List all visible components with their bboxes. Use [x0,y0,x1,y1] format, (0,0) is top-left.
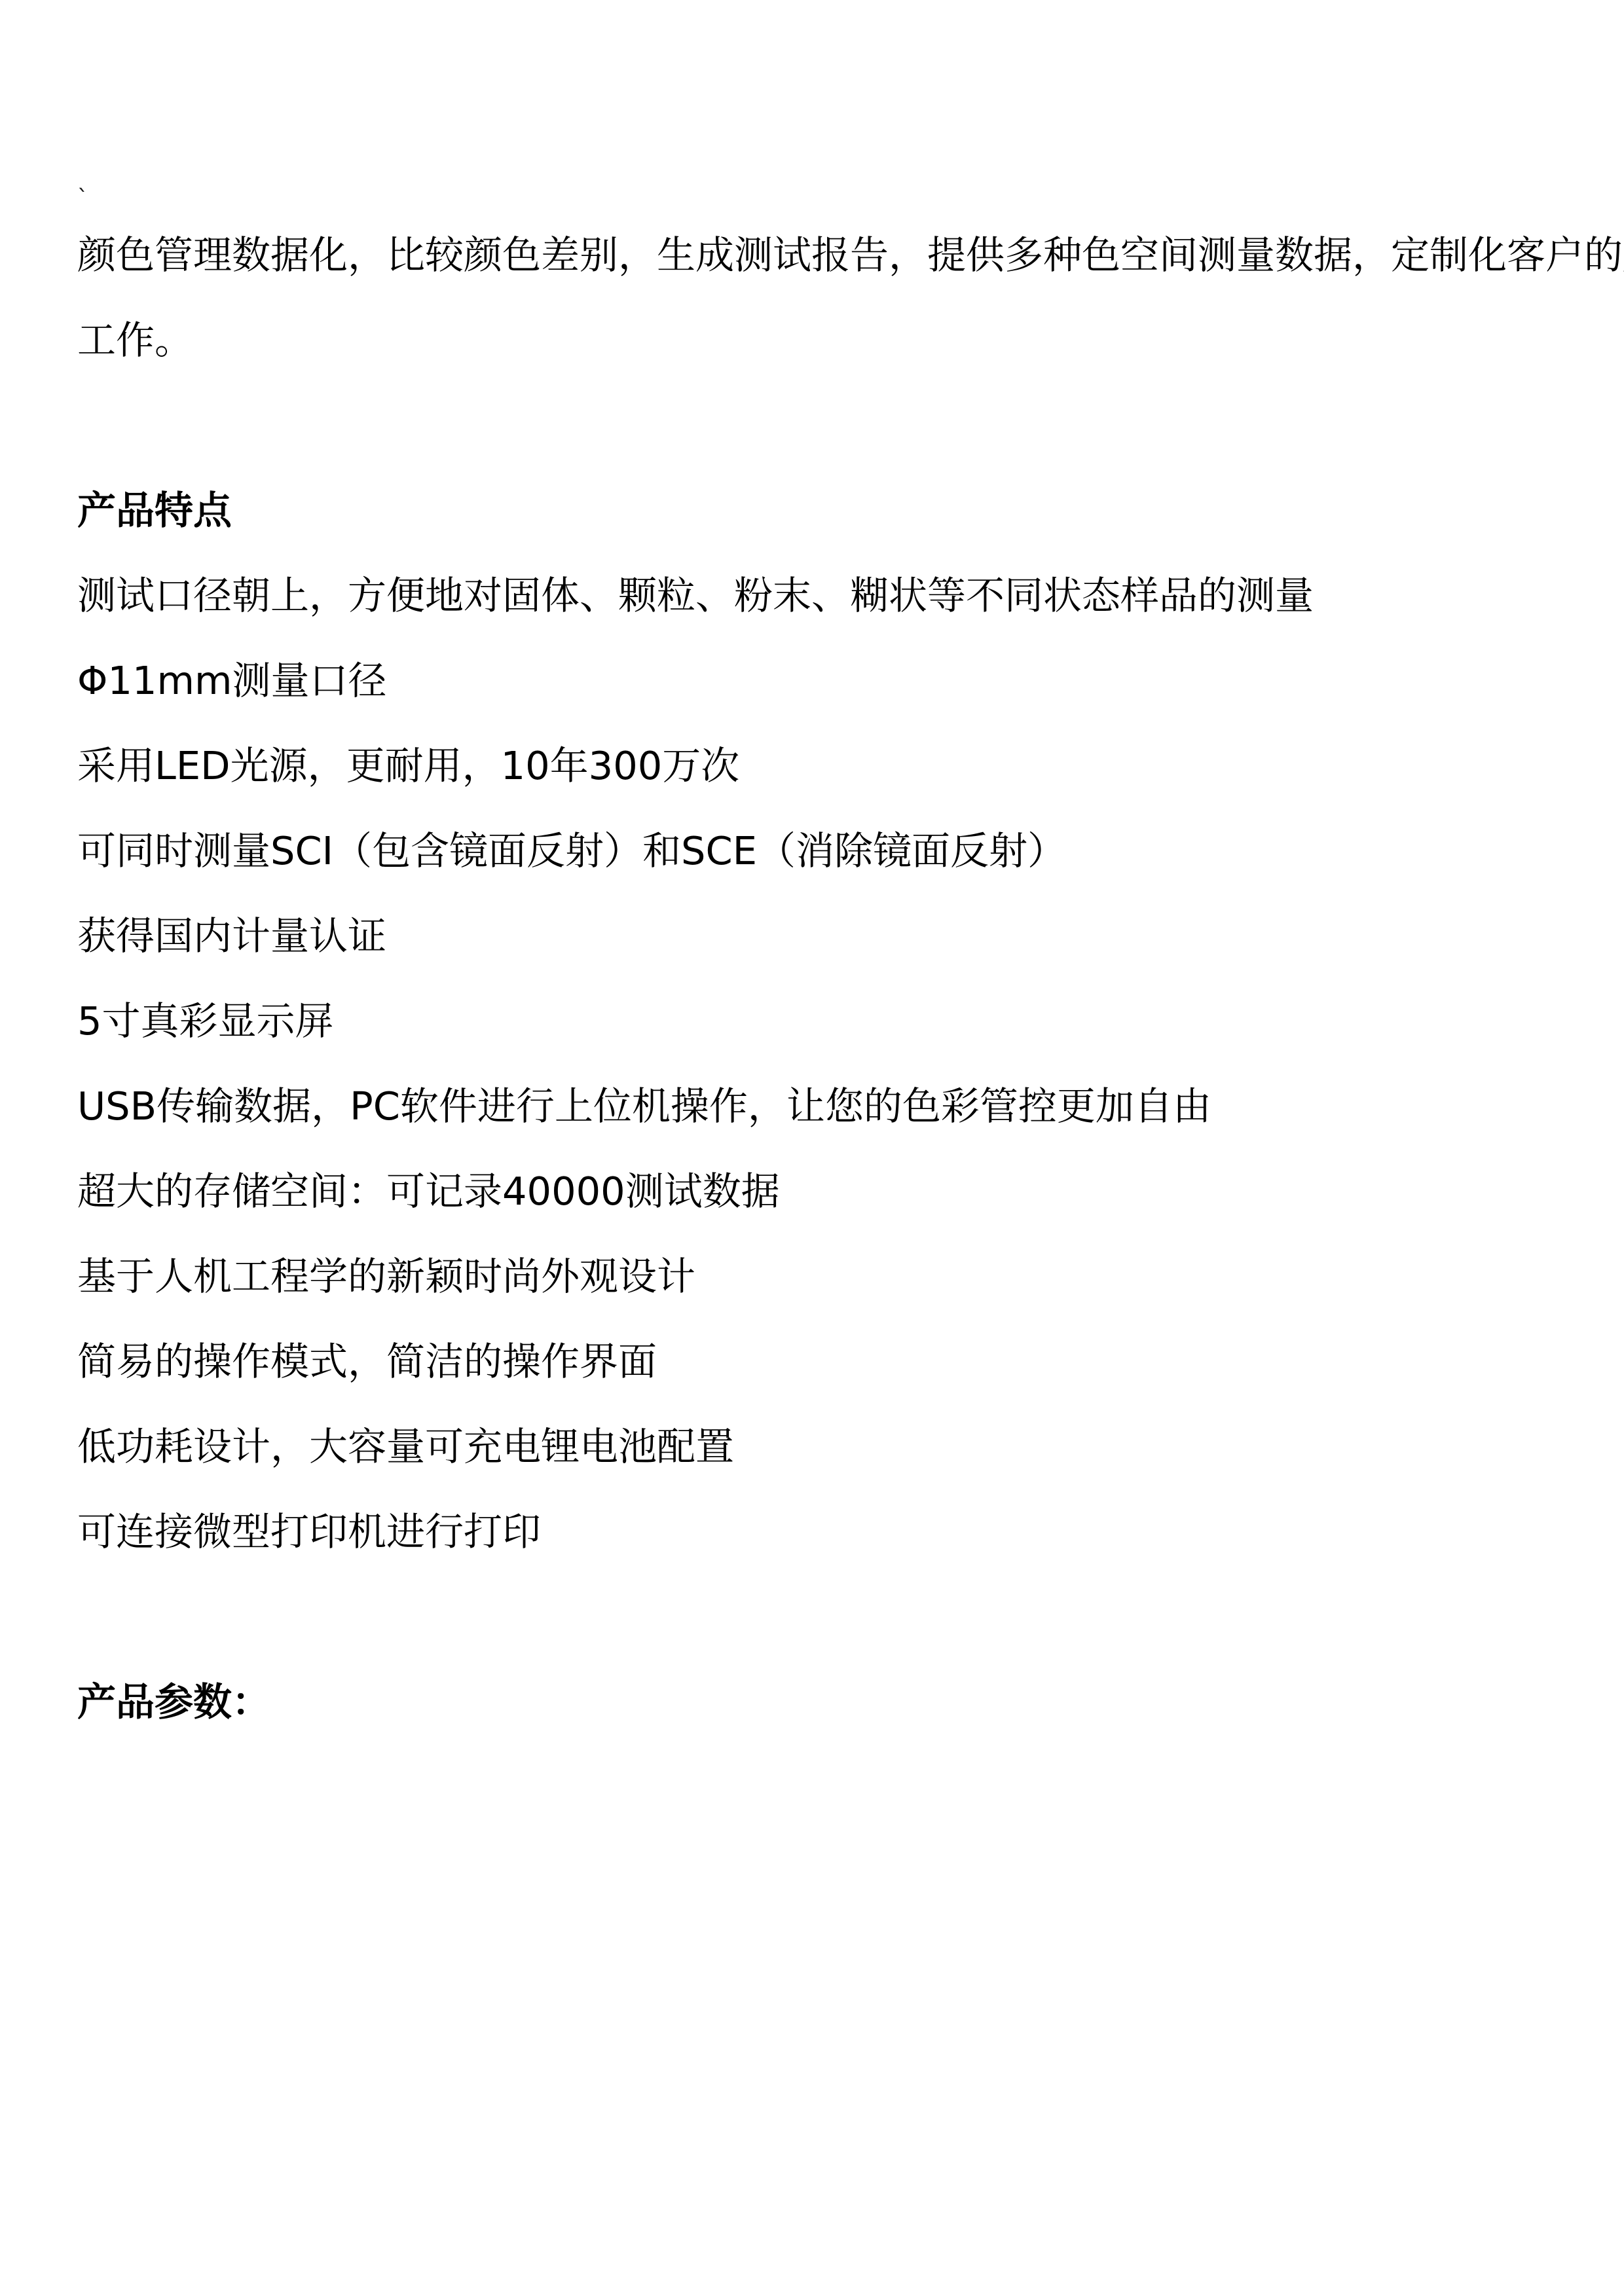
feature-item-12: 可连接微型打印机进行打印 [77,1489,1538,1575]
feature-item-2: Φ11mm测量口径 [77,638,1538,723]
feature-item-9: 基于人机工程学的新颖时尚外观设计 [77,1234,1538,1319]
parameters-heading: 产品参数： [77,1660,1538,1745]
feature-item-11: 低功耗设计，大容量可充电锂电池配置 [77,1404,1538,1489]
intro-paragraph-line-1: 颜色管理数据化，比较颜色差别，生成测试报告，提供多种色空间测量数据，定制化客户的… [77,213,1538,298]
document-content: 颜色管理数据化，比较颜色差别，生成测试报告，提供多种色空间测量数据，定制化客户的… [77,213,1538,1745]
feature-item-8: 超大的存储空间：可记录40000测试数据 [77,1149,1538,1234]
document-page: ` 颜色管理数据化，比较颜色差别，生成测试报告，提供多种色空间测量数据，定制化客… [0,0,1624,2296]
stray-mark: ` [77,187,88,210]
feature-item-1: 测试口径朝上，方便地对固体、颗粒、粉末、糊状等不同状态样品的测量 [77,553,1538,638]
feature-item-7: USB传输数据，PC软件进行上位机操作，让您的色彩管控更加自由 [77,1064,1538,1149]
feature-item-3: 采用LED光源，更耐用，10年300万次 [77,723,1538,809]
blank-line [77,1575,1538,1660]
blank-line [77,383,1538,468]
feature-item-5: 获得国内计量认证 [77,894,1538,979]
feature-item-6: 5寸真彩显示屏 [77,979,1538,1064]
intro-paragraph-line-2: 工作。 [77,298,1538,383]
features-heading: 产品特点 [77,468,1538,553]
feature-item-10: 简易的操作模式，简洁的操作界面 [77,1319,1538,1404]
feature-item-4: 可同时测量SCI（包含镜面反射）和SCE（消除镜面反射） [77,809,1538,894]
